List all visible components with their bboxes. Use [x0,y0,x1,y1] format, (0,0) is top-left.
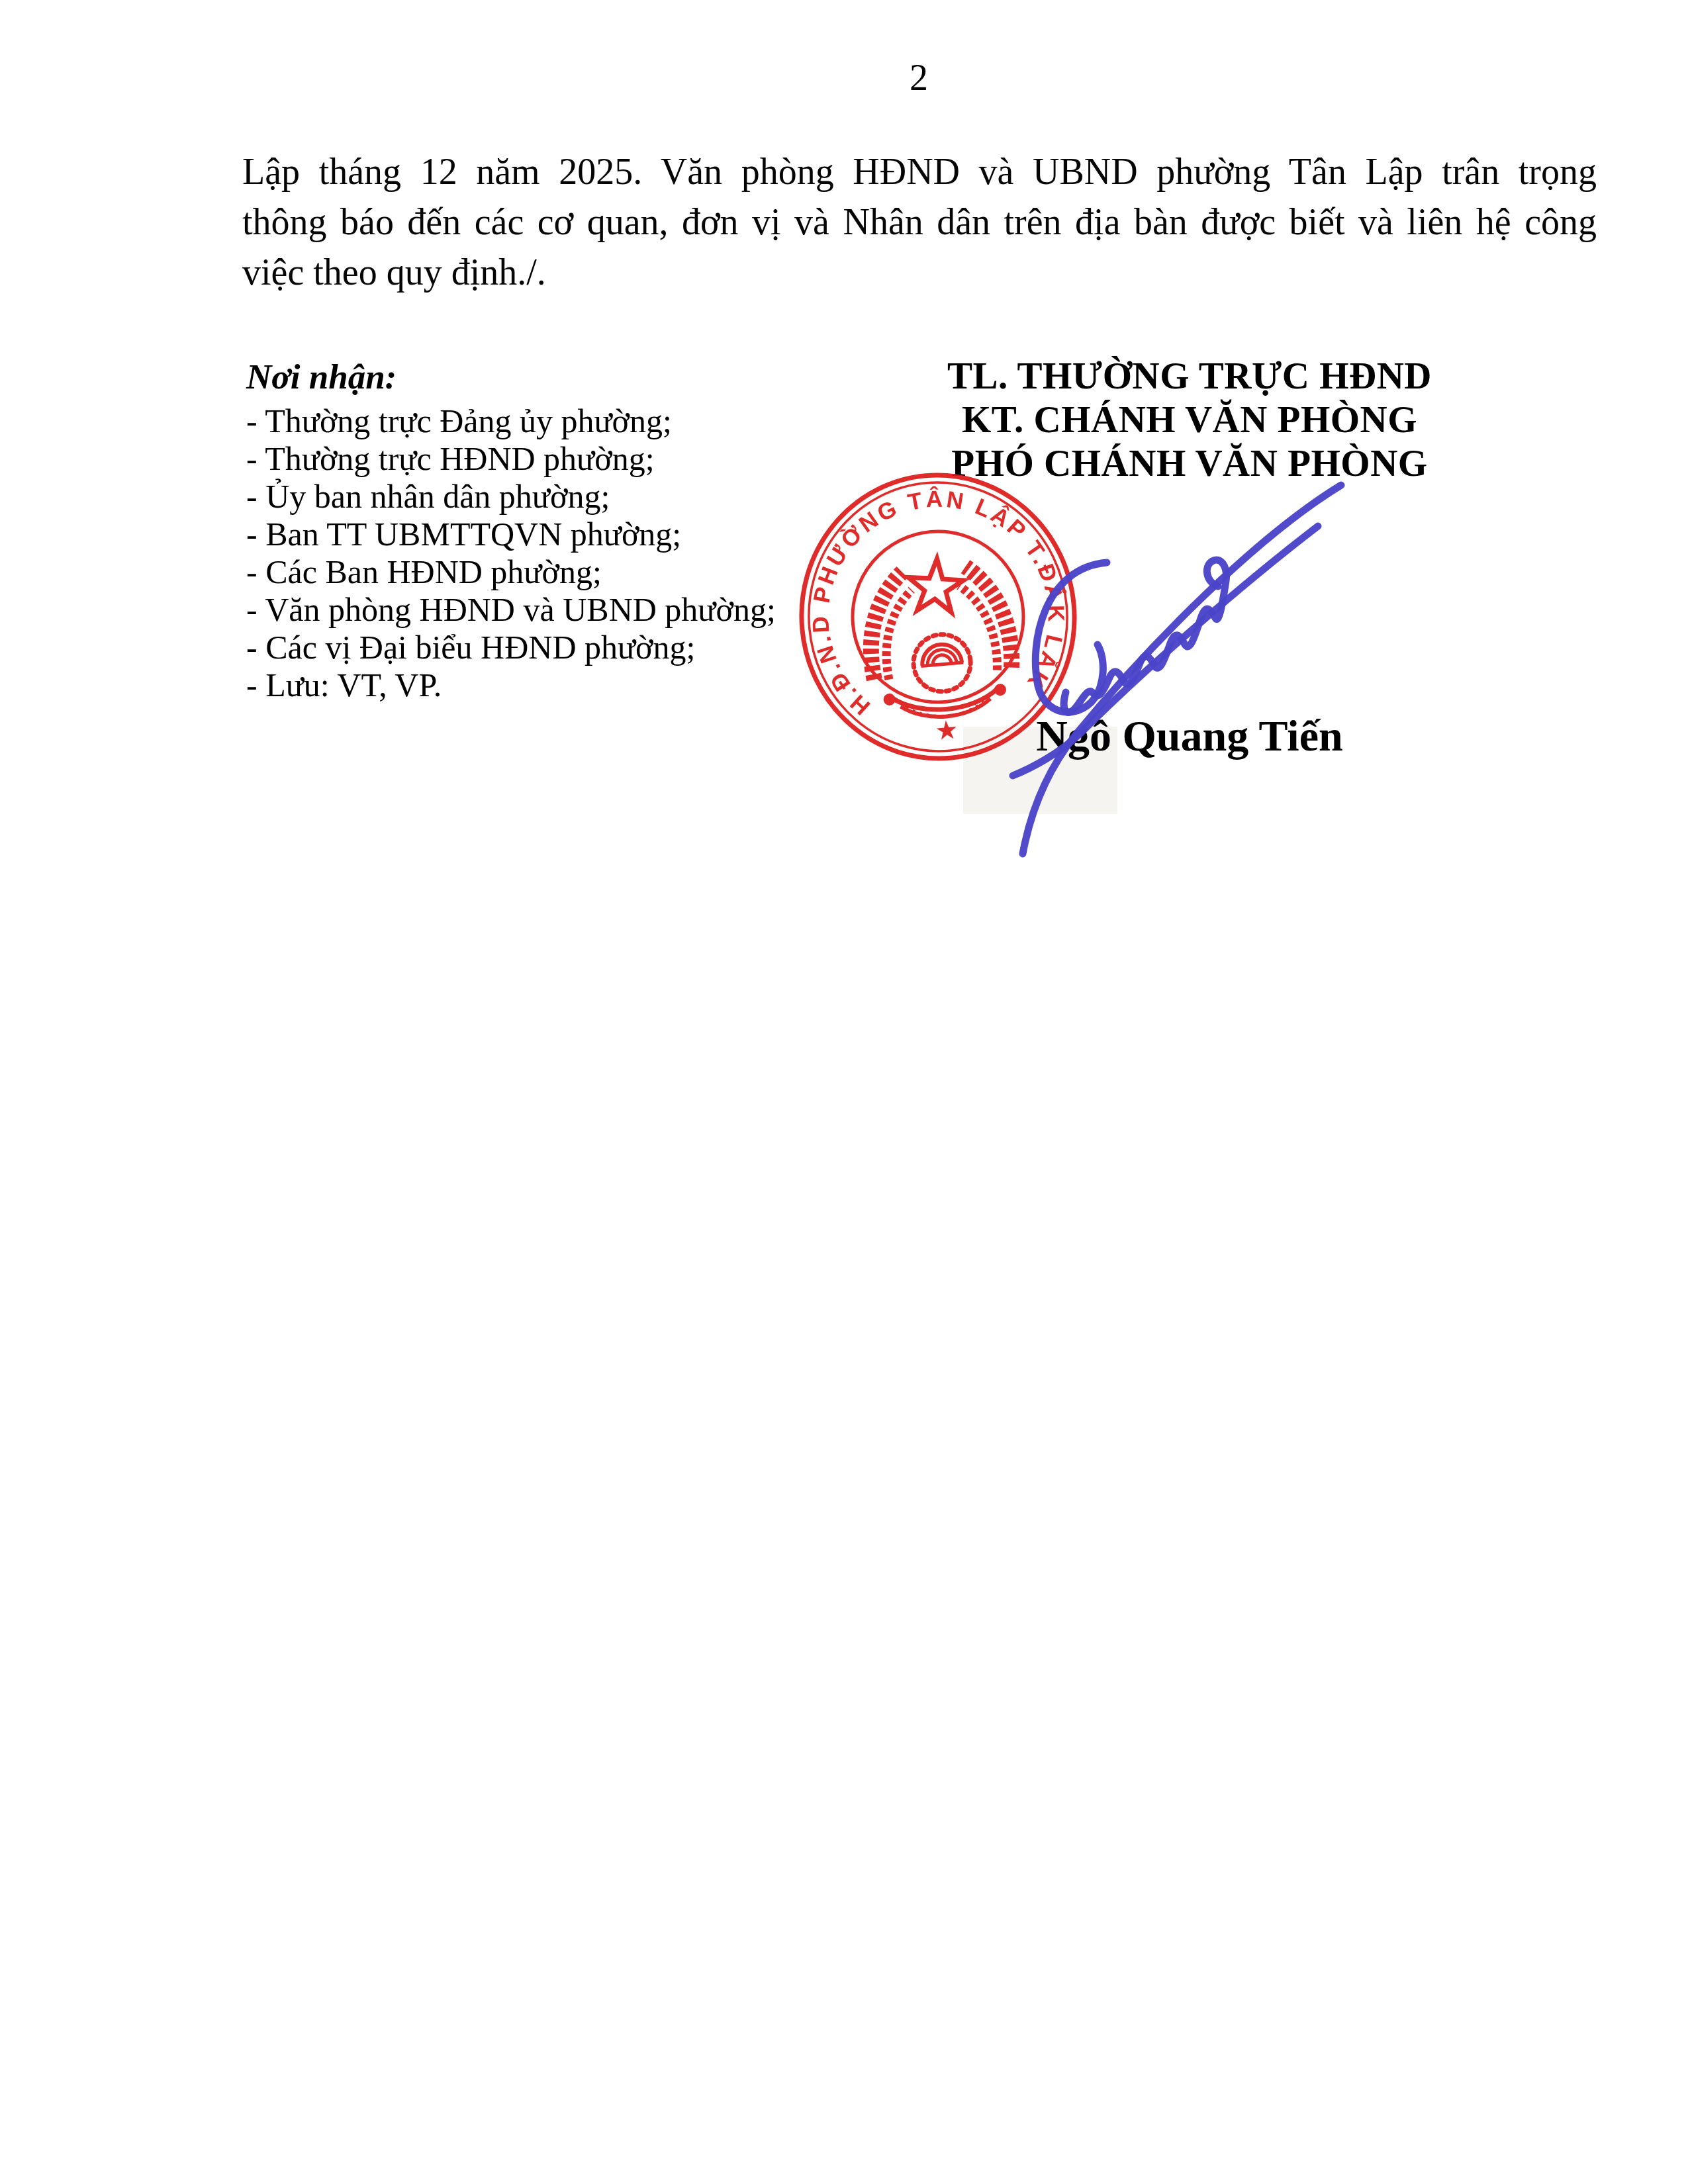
paragraph-line: thông báo đến các cơ quan, đơn vị và Nhâ… [242,197,1597,248]
emblem-star [907,557,965,613]
ribbon-end-left [883,693,896,706]
signature-initial-loop [1035,563,1107,712]
recipient-item: - Ban TT UBMTTQVN phường; [246,516,789,553]
body-paragraph: Lập tháng 12 năm 2025. Văn phòng HĐND và… [242,147,1597,298]
recipients-block: Nơi nhận: - Thường trực Đảng ủy phường; … [246,357,789,704]
recipient-item: - Thường trực Đảng ủy phường; [246,402,789,440]
recipient-item: - Ủy ban nhân dân phường; [246,478,789,516]
paragraph-line: việc theo quy định./. [242,248,1597,298]
recipients-heading: Nơi nhận: [246,357,789,397]
handwritten-signature-icon [966,457,1377,867]
signature-long-sweep [1023,485,1341,854]
page-number: 2 [242,58,1595,98]
recipient-item: - Lưu: VT, VP. [246,666,789,704]
recipient-item: - Văn phòng HĐND và UBND phường; [246,591,789,629]
document-page: 2 Lập tháng 12 năm 2025. Văn phòng HĐND … [0,0,1688,2184]
recipients-list: - Thường trực Đảng ủy phường; - Thường t… [246,402,789,704]
authority-line: TL. THƯỜNG TRỰC HĐND [857,355,1522,398]
authority-line: KT. CHÁNH VĂN PHÒNG [857,398,1522,442]
signature-scrawl [1064,560,1226,713]
paragraph-line: Lập tháng 12 năm 2025. Văn phòng HĐND và… [242,147,1597,197]
recipient-item: - Các Ban HĐND phường; [246,553,789,591]
recipient-item: - Thường trực HĐND phường; [246,440,789,478]
recipient-item: - Các vị Đại biểu HĐND phường; [246,629,789,666]
